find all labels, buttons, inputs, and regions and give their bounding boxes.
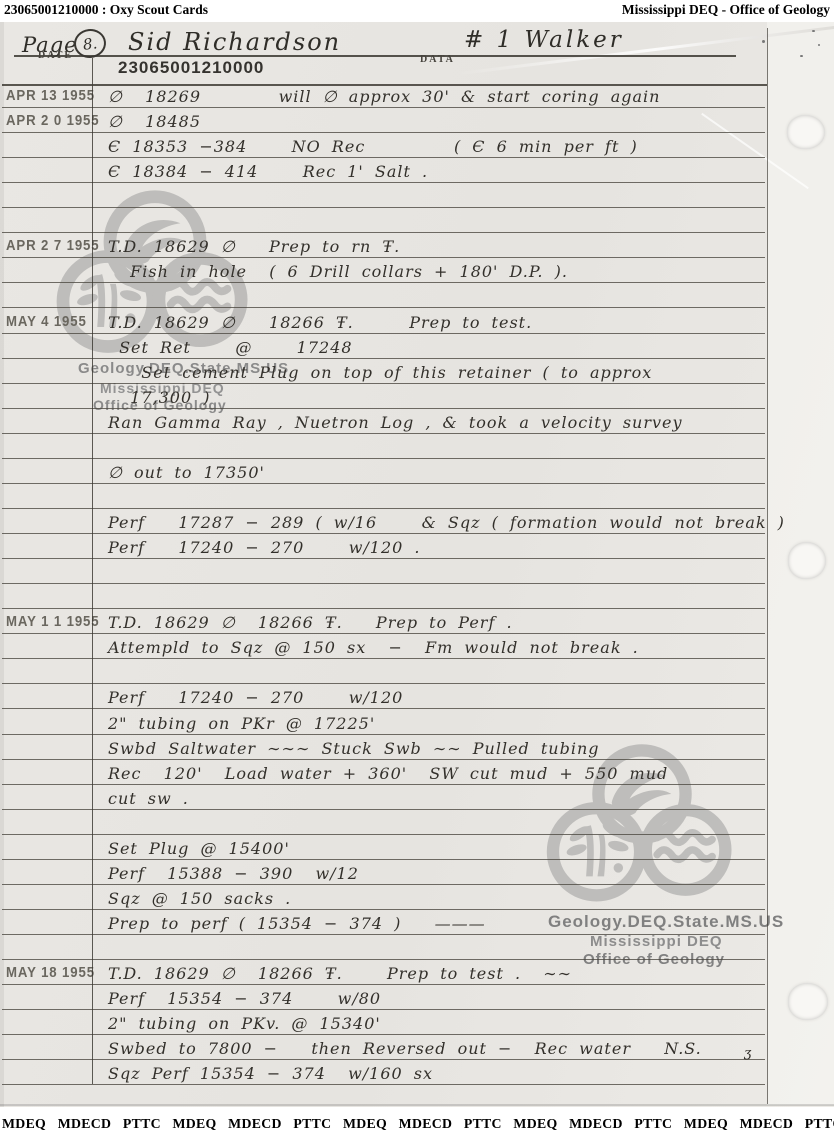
right-margin-rule xyxy=(767,28,768,1104)
entry-text: Set Ret @ 17248 xyxy=(108,338,353,357)
entry-text: T.D. 18629 ∅ 18266 Ŧ. Prep to test. xyxy=(108,313,532,332)
entry-text: T.D. 18629 ∅ Prep to rn Ŧ. xyxy=(108,237,400,256)
entry-row: Є 18353 −384 NO Rec ( Є 6 min per ft ) xyxy=(2,132,765,158)
entry-text: ∅ 18485 xyxy=(108,112,201,131)
page-number: 8. xyxy=(82,34,98,53)
title-underline xyxy=(14,55,736,57)
entry-row: ∅ out to 17350' xyxy=(2,458,765,484)
entry-text: 2" tubing on PKr @ 17225' xyxy=(108,714,375,733)
entry-text: T.D. 18629 ∅ 18266 Ŧ. Prep to test . ∼∼ xyxy=(108,964,572,983)
entry-text: Perf 15388 − 390 w/12 xyxy=(108,864,359,883)
entry-text: Fish in hole ( 6 Drill collars + 180' D.… xyxy=(108,262,568,281)
entry-row: 17,300 ) xyxy=(2,383,765,409)
entry-row: APR 2 0 1955 ∅ 18485 xyxy=(2,107,765,133)
punch-hole xyxy=(788,542,826,579)
table-header-separator xyxy=(2,84,767,86)
entry-text: Rec 120' Load water + 360' SW cut mud + … xyxy=(108,764,668,783)
date-stamp: APR 2 0 1955 xyxy=(6,112,99,129)
header-right-text: Mississippi DEQ - Office of Geology xyxy=(622,2,830,18)
entry-text: Sqz @ 150 sacks . xyxy=(108,889,291,908)
date-stamp: APR 2 7 1955 xyxy=(6,237,99,254)
entry-row: Perf 17240 − 270 w/120 . xyxy=(2,533,765,559)
entry-row: 2" tubing on PKr @ 17225' xyxy=(2,709,765,735)
entry-row: Rec 120' Load water + 360' SW cut mud + … xyxy=(2,759,765,785)
well-name: # 1 Walker xyxy=(464,27,624,53)
entry-text: Perf 17240 − 270 w/120 xyxy=(108,688,403,707)
entry-text: 2" tubing on PKv. @ 15340' xyxy=(108,1014,381,1033)
entry-row: Perf 15354 − 374 w/80 xyxy=(2,984,765,1010)
entry-row: Perf 17287 − 289 ( w/16 & Sqz ( formatio… xyxy=(2,508,765,534)
entry-row: Set Plug @ 15400' xyxy=(2,834,765,860)
entry-text: Perf 17240 − 270 w/120 . xyxy=(108,538,421,557)
entry-text: Є 18353 −384 NO Rec ( Є 6 min per ft ) xyxy=(108,137,638,156)
ns-squiggle-mark: ʒ xyxy=(744,1046,751,1061)
date-stamp: APR 13 1955 xyxy=(6,87,95,104)
entry-row xyxy=(2,207,765,233)
entry-text: Sqz Perf 15354 − 374 w/160 sx xyxy=(108,1064,433,1083)
entry-row xyxy=(2,583,765,609)
entry-row: Sqz @ 150 sacks . xyxy=(2,884,765,910)
entry-text: Є 18384 − 414 Rec 1' Salt . xyxy=(108,162,428,181)
data-column-label: DATA xyxy=(420,54,455,65)
entry-text: Set Plug @ 15400' xyxy=(108,839,290,858)
entry-row: MAY 18 1955 T.D. 18629 ∅ 18266 Ŧ. Prep t… xyxy=(2,959,765,985)
entry-text: 17,300 ) xyxy=(108,388,210,407)
entry-row xyxy=(2,282,765,308)
date-stamp: MAY 1 1 1955 xyxy=(6,613,100,630)
entry-text: Ran Gamma Ray , Nuetron Log , & took a v… xyxy=(108,413,683,432)
entry-row: Swbd Saltwater ∼∼∼ Stuck Swb ∼∼ Pulled t… xyxy=(2,734,765,760)
entry-row xyxy=(2,809,765,835)
entry-row: Prep to perf ( 15354 − 374 ) ——— xyxy=(2,909,765,935)
entry-row: Attempld to Sqz @ 150 sx − Fm would not … xyxy=(2,633,765,659)
header-left-text: 23065001210000 : Oxy Scout Cards xyxy=(4,2,208,18)
entry-row: Є 18384 − 414 Rec 1' Salt . xyxy=(2,157,765,183)
entry-text: ∅ out to 17350' xyxy=(108,463,265,482)
entry-row xyxy=(2,182,765,208)
entry-row: Swbed to 7800 − then Reversed out − Rec … xyxy=(2,1034,765,1060)
entry-text: Perf 15354 − 374 w/80 xyxy=(108,989,381,1008)
entry-row: MAY 4 1955 T.D. 18629 ∅ 18266 Ŧ. Prep to… xyxy=(2,308,765,334)
date-stamp: MAY 4 1955 xyxy=(6,313,87,330)
entry-row: Perf 17240 − 270 w/120 xyxy=(2,683,765,709)
entry-row: Ran Gamma Ray , Nuetron Log , & took a v… xyxy=(2,408,765,434)
entry-row: 2" tubing on PKv. @ 15340' xyxy=(2,1009,765,1035)
entry-row: Set Ret @ 17248 xyxy=(2,333,765,359)
entry-row xyxy=(2,934,765,960)
entry-row xyxy=(2,433,765,459)
date-column-rule xyxy=(92,58,93,1084)
punch-hole xyxy=(788,983,828,1020)
entry-text: Attempld to Sqz @ 150 sx − Fm would not … xyxy=(108,638,639,657)
entry-row: MAY 1 1 1955 T.D. 18629 ∅ 18266 Ŧ. Prep … xyxy=(2,608,765,634)
entry-row: APR 2 7 1955 T.D. 18629 ∅ Prep to rn Ŧ. xyxy=(2,232,765,258)
operator-name: Sid Richardson xyxy=(128,28,341,56)
footer-text: MDEQ MDECD PTTC MDEQ MDECD PTTC MDEQ MDE… xyxy=(2,1117,834,1133)
entry-row: Perf 15388 − 390 w/12 xyxy=(2,859,765,885)
date-stamp: MAY 18 1955 xyxy=(6,964,95,981)
entry-text: ∅ 18269 will ∅ approx 30' & start coring… xyxy=(108,87,660,106)
entry-text: Perf 17287 − 289 ( w/16 & Sqz ( formatio… xyxy=(108,513,785,532)
entries-layer: APR 13 1955 ∅ 18269 will ∅ approx 30' & … xyxy=(0,0,834,1143)
entry-row xyxy=(2,483,765,509)
entry-text: Set cement Plug on top of this retainer … xyxy=(108,363,652,382)
print-header: 23065001210000 : Oxy Scout Cards Mississ… xyxy=(0,0,834,22)
entry-text: Swbed to 7800 − then Reversed out − Rec … xyxy=(108,1039,702,1058)
entry-text: Prep to perf ( 15354 − 374 ) ——— xyxy=(108,914,486,933)
entry-text: Swbd Saltwater ∼∼∼ Stuck Swb ∼∼ Pulled t… xyxy=(108,739,600,758)
entry-row: Sqz Perf 15354 − 374 w/160 sx xyxy=(2,1059,765,1085)
entry-row: cut sw . xyxy=(2,784,765,810)
entry-text: T.D. 18629 ∅ 18266 Ŧ. Prep to Perf . xyxy=(108,613,513,632)
entry-row: Set cement Plug on top of this retainer … xyxy=(2,358,765,384)
entry-row: Fish in hole ( 6 Drill collars + 180' D.… xyxy=(2,257,765,283)
entry-text: cut sw . xyxy=(108,789,189,808)
api-number: 23065001210000 xyxy=(118,58,264,78)
entry-row xyxy=(2,658,765,684)
entry-row xyxy=(2,558,765,584)
date-column-label: DATE xyxy=(38,50,73,61)
punch-hole xyxy=(787,115,825,149)
print-footer: MDEQ MDECD PTTC MDEQ MDECD PTTC MDEQ MDE… xyxy=(0,1107,834,1143)
